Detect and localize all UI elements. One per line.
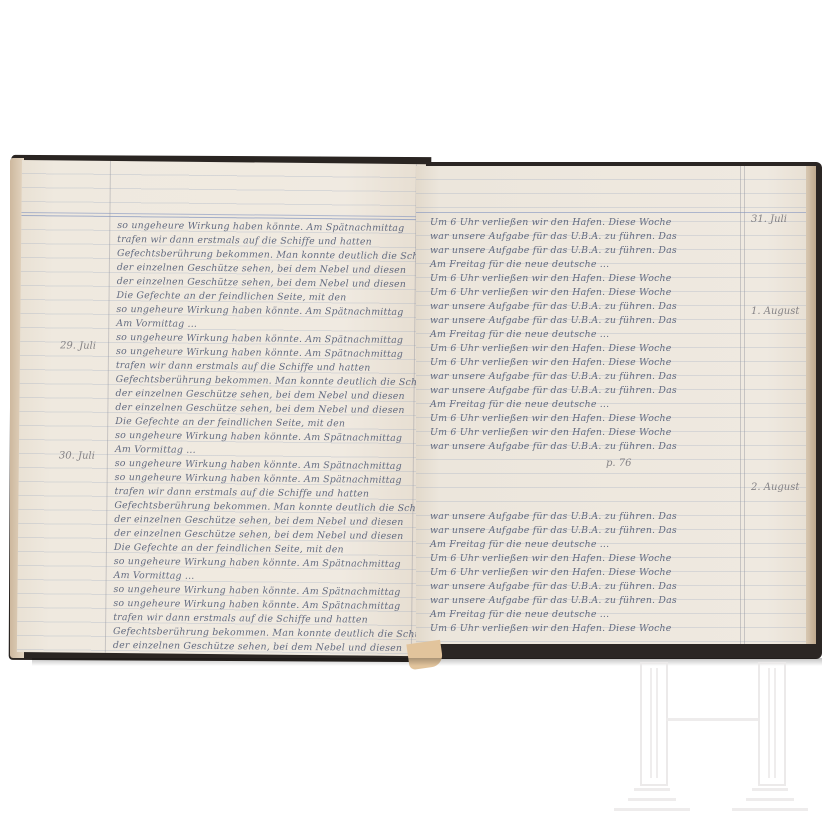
handwritten-line: war unsere Aufgabe für das U.B.A. zu füh… [430,524,677,538]
margin-date: 31. Juli [751,214,787,225]
handwritten-line: Am Vormittag ... [114,569,195,584]
handwritten-line: war unsere Aufgabe für das U.B.A. zu füh… [430,370,677,384]
handwritten-line: Um 6 Uhr verließen wir den Hafen. Diese … [430,286,672,300]
handwritten-line: war unsere Aufgabe für das U.B.A. zu füh… [430,300,677,314]
handwritten-line: Um 6 Uhr verließen wir den Hafen. Diese … [430,552,672,566]
handwritten-line: war unsere Aufgabe für das U.B.A. zu füh… [430,314,677,328]
right-page: 31. Juli 1. August 2. August p. 76 Um 6 … [416,166,806,644]
handwritten-line: war unsere Aufgabe für das U.B.A. zu füh… [430,440,677,454]
handwritten-line: Am Vormittag ... [115,443,196,458]
page-edge-right [806,166,816,644]
handwritten-line: war unsere Aufgabe für das U.B.A. zu füh… [430,244,677,258]
handwritten-line: Um 6 Uhr verließen wir den Hafen. Diese … [430,412,672,426]
margin-date: 30. Juli [59,450,95,461]
handwritten-line: Um 6 Uhr verließen wir den Hafen. Diese … [430,622,672,636]
handwritten-line: war unsere Aufgabe für das U.B.A. zu füh… [430,594,677,608]
handwritten-line: Um 6 Uhr verließen wir den Hafen. Diese … [430,566,672,580]
handwritten-line: war unsere Aufgabe für das U.B.A. zu füh… [430,580,677,594]
margin-date: 29. Juli [60,340,96,351]
margin-line [740,166,741,644]
handwritten-line: Um 6 Uhr verließen wir den Hafen. Diese … [430,342,672,356]
handwritten-line: Am Freitag für die neue deutsche ... [430,328,609,342]
handwritten-line: Am Freitag für die neue deutsche ... [430,538,609,552]
open-diary: 29. Juli 30. Juli so ungeheure Wirkung h… [10,152,822,664]
left-page: 29. Juli 30. Juli so ungeheure Wirkung h… [17,160,426,656]
handwritten-line: Am Vormittag ... [116,317,197,332]
header-rule [416,212,806,213]
margin-date: 1. August [751,306,799,317]
margin-line [744,166,745,644]
handwritten-line: Um 6 Uhr verließen wir den Hafen. Diese … [430,272,672,286]
handwritten-line: Am Freitag für die neue deutsche ... [430,258,609,272]
handwritten-line: Um 6 Uhr verließen wir den Hafen. Diese … [430,426,672,440]
handwritten-line: Um 6 Uhr verließen wir den Hafen. Diese … [430,216,672,230]
handwritten-line: war unsere Aufgabe für das U.B.A. zu füh… [430,510,677,524]
handwritten-line: Am Freitag für die neue deutsche ... [430,608,609,622]
page-mark: p. 76 [606,458,631,469]
handwritten-line: Um 6 Uhr verließen wir den Hafen. Diese … [430,356,672,370]
margin-date: 2. August [751,482,799,493]
handwritten-line: war unsere Aufgabe für das U.B.A. zu füh… [430,230,677,244]
handwritten-line: Am Freitag für die neue deutsche ... [430,398,609,412]
watermark-logo-icon [612,658,808,814]
handwritten-line: war unsere Aufgabe für das U.B.A. zu füh… [430,384,677,398]
